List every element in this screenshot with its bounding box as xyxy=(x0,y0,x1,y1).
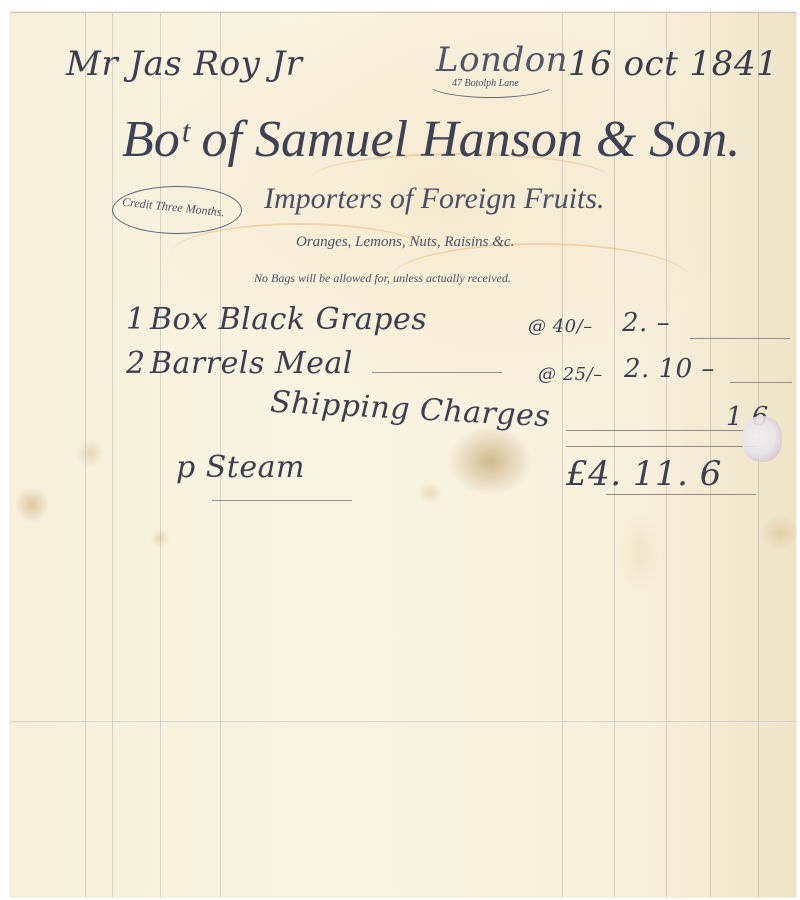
invoice-total: £4. 11. 6 xyxy=(566,454,722,494)
amount-rule xyxy=(730,382,792,383)
subtotal-rule xyxy=(566,446,756,447)
terms-note: No Bags will be allowed for, unless actu… xyxy=(254,271,511,286)
leader-rule xyxy=(372,372,502,373)
amount-rule xyxy=(690,338,790,339)
item-description: Box Black Grapes xyxy=(150,302,427,337)
column-rule xyxy=(85,13,86,897)
item-rate: @ 25/– xyxy=(538,364,603,385)
customer-name: Mr Jas Roy Jr xyxy=(66,44,303,84)
item-qty: 1 xyxy=(126,302,146,337)
shipping-method: p Steam xyxy=(176,450,305,485)
item-amount: 2. 10 – xyxy=(624,354,715,384)
signature-rule xyxy=(212,500,352,501)
invoice-date: 16 oct 1841 xyxy=(568,44,778,84)
paper-fold-crease xyxy=(10,721,796,723)
address-stamp: 47 Botolph Lane xyxy=(452,78,519,89)
business-description: Importers of Foreign Fruits. xyxy=(264,182,605,216)
item-qty: 2 xyxy=(126,346,146,381)
column-rule xyxy=(112,13,113,897)
item-description: Barrels Meal xyxy=(150,346,353,381)
bought-of-heading: Boᵗ of Samuel Hanson & Son. xyxy=(122,110,740,169)
total-rule xyxy=(606,494,756,495)
item-amount: 2. – xyxy=(622,308,670,338)
wax-seal-remnant xyxy=(742,416,782,462)
item-rate: @ 40/– xyxy=(528,316,593,337)
subtotal-rule xyxy=(566,430,746,431)
goods-list: Oranges, Lemons, Nuts, Raisins &c. xyxy=(296,234,514,251)
